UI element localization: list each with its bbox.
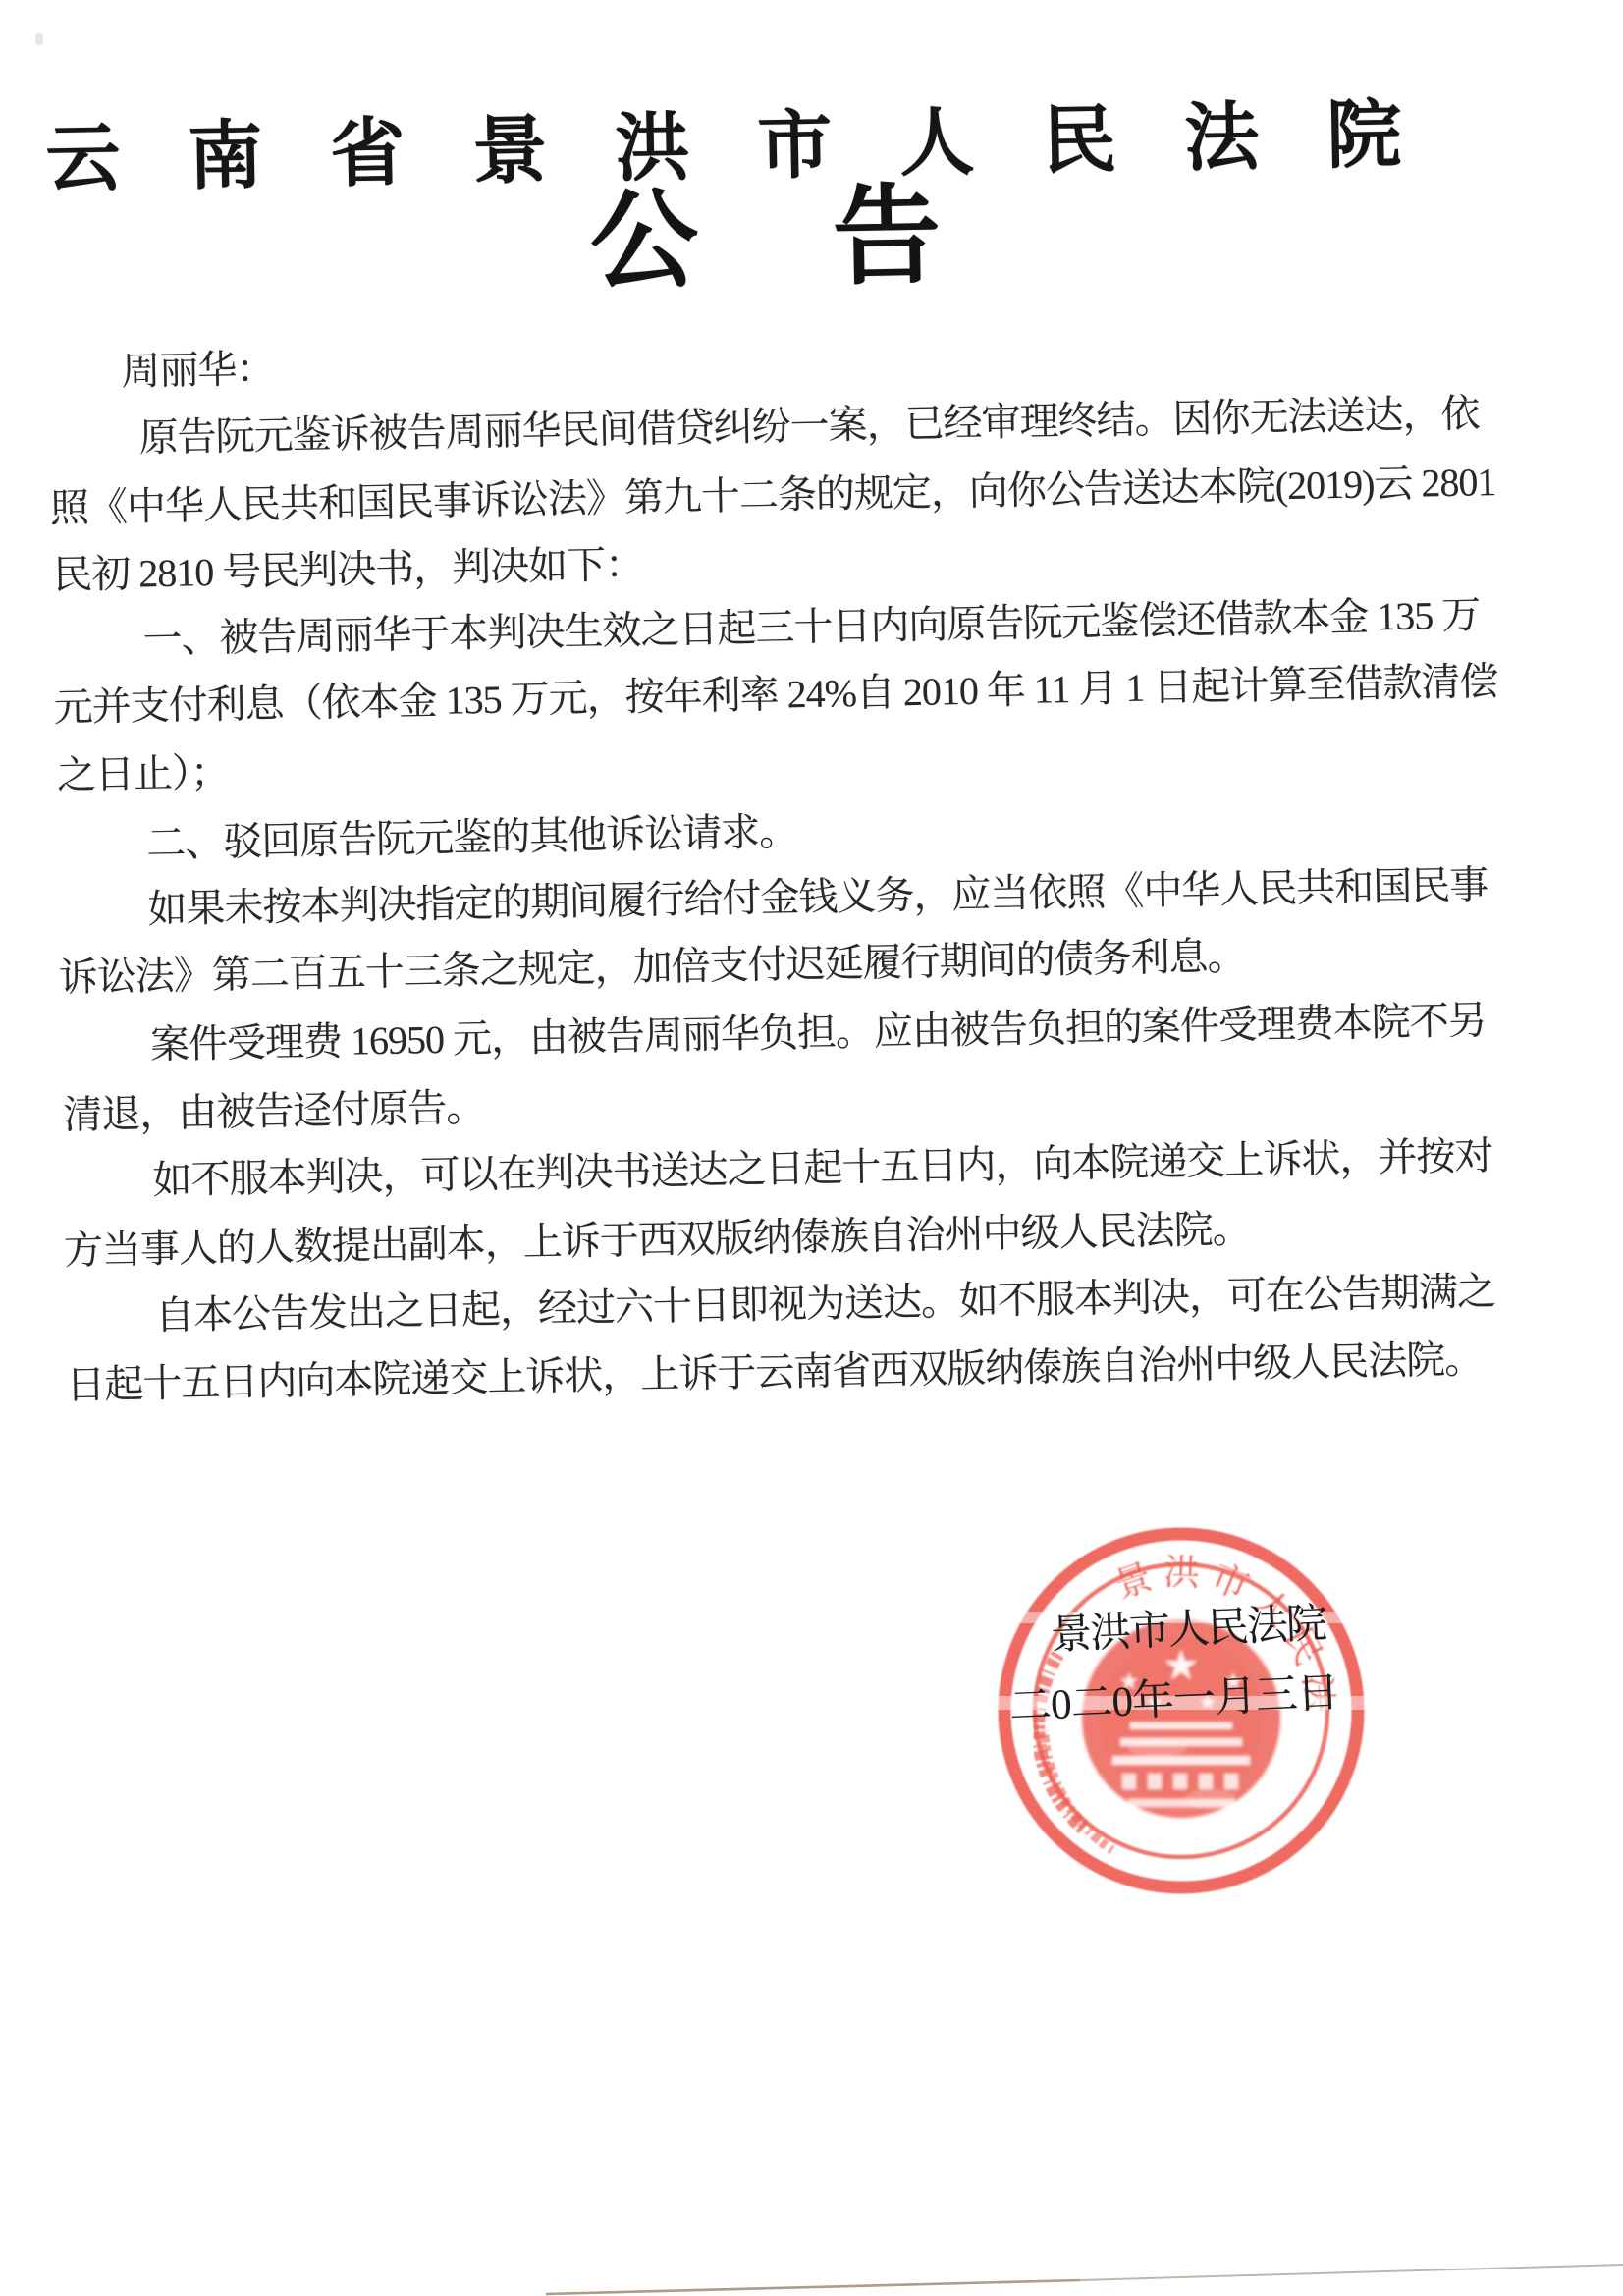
- body-line: 元并支付利息（依本金 135 万元，按年利率 24%自 2010 年 11 月 …: [53, 654, 1498, 736]
- body-line: 案件受理费 16950 元，由被告周丽华负担。应由被告负担的案件受理费本院不另: [150, 993, 1488, 1072]
- scan-content: 云南省景洪市人民法院 公告 周丽华： 原告阮元鉴诉被告周丽华民间借贷纠纷一案，已…: [0, 0, 1623, 2296]
- body-line: 日起十五日内向本院递交上诉状，上诉于云南省西双版纳傣族自治州中级人民法院。: [66, 1333, 1484, 1413]
- scan-edge-line: [0, 2255, 1623, 2296]
- body-line: 民初 2810 号民判决书，判决如下：: [53, 537, 644, 603]
- body-line: 诉讼法》第二百五十三条之规定，加倍支付迟延履行期间的债务利息。: [58, 929, 1246, 1006]
- body-line: 之日止）；: [56, 745, 229, 803]
- body-line: 一、被告周丽华于本判决生效之日起三十日内向原告阮元鉴偿还借款本金 135 万: [142, 587, 1481, 667]
- body-line: 方当事人的人数提出副本，上诉于西双版纳傣族自治州中级人民法院。: [63, 1202, 1251, 1279]
- body-line: 自本公告发出之日起，经过六十日即视为送达。如不服本判决，可在公告期满之: [155, 1264, 1496, 1343]
- seal-court-name: 景洪市人民法院: [1050, 1591, 1326, 1662]
- body-line: 原告阮元鉴诉被告周丽华民间借贷纠纷一案，已经审理终结。因你无法送达，依: [138, 386, 1480, 465]
- body-line: 清退，由被告迳付原告。: [63, 1080, 485, 1143]
- body-line: 照《中华人民共和国民事诉讼法》第九十二条的规定，向你公告送达本院(2019)云 …: [49, 455, 1495, 536]
- scanned-court-notice-page: 云南省景洪市人民法院 公告 周丽华： 原告阮元鉴诉被告周丽华民间借贷纠纷一案，已…: [0, 0, 1623, 2296]
- notice-title: 公告: [589, 178, 1076, 301]
- body-line: 如不服本判决，可以在判决书送达之日起十五日内，向本院递交上诉状，并按对: [152, 1128, 1493, 1208]
- salutation-line: 周丽华：: [121, 342, 275, 400]
- body-line: 二、驳回原告阮元鉴的其他诉讼请求。: [146, 804, 798, 871]
- body-line: 如果未按本判决指定的期间履行给付金钱义务，应当依照《中华人民共和国民事: [147, 857, 1488, 937]
